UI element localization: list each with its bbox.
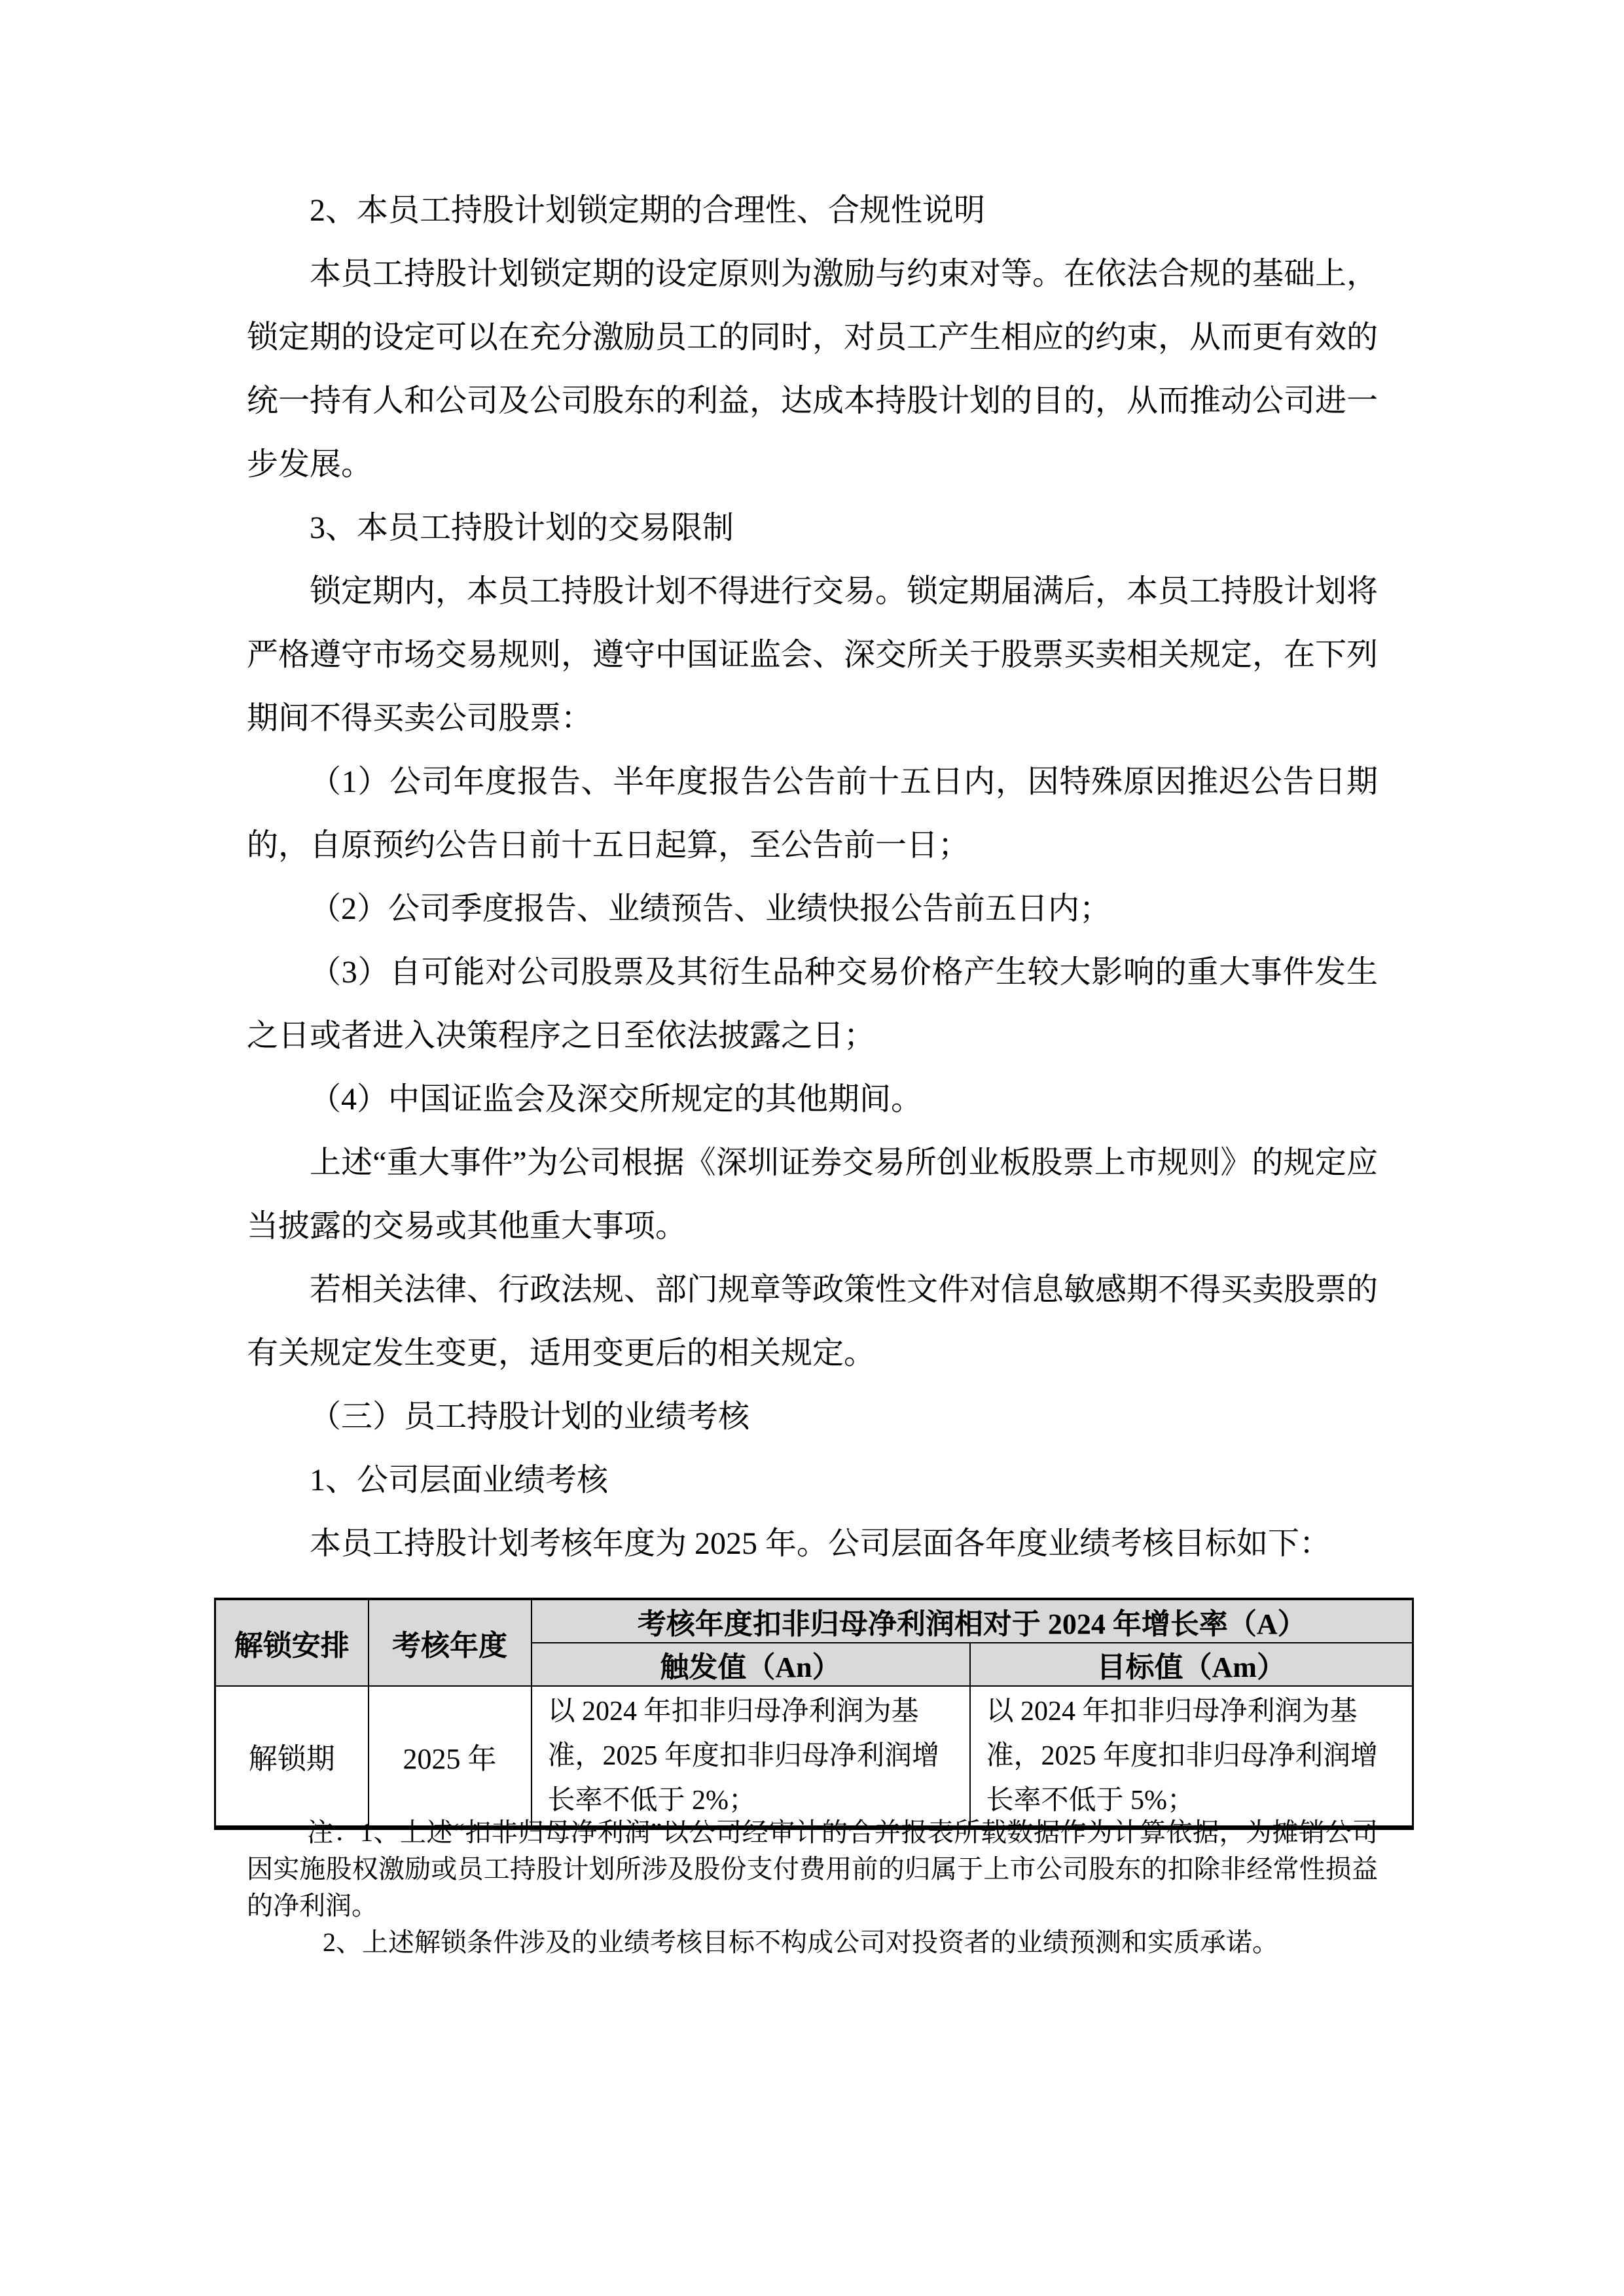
paragraph-major-events-definition: 上述“重大事件”为公司根据《深圳证券交易所创业板股票上市规则》的规定应当披露的交… [247,1131,1378,1258]
performance-table-container: 解锁安排 考核年度 考核年度扣非归母净利润相对于 2024 年增长率（A） 触发… [214,1598,1412,1830]
table-cell-year: 2025 年 [369,1686,532,1828]
heading-trading-restrictions: 3、本员工持股计划的交易限制 [247,496,1378,560]
heading-lockup-rationale: 2、本员工持股计划锁定期的合理性、合规性说明 [247,179,1378,242]
paragraph-assessment-intro: 本员工持股计划考核年度为 2025 年。公司层面各年度业绩考核目标如下： [247,1512,1378,1575]
paragraph-restriction-item-4: （4）中国证监会及深交所规定的其他期间。 [247,1067,1378,1131]
note-2: 2、上述解锁条件涉及的业绩考核目标不构成公司对投资者的业绩预测和实质承诺。 [247,1924,1378,1961]
paragraph-restriction-item-3: （3）自可能对公司股票及其衍生品种交易价格产生较大影响的重大事件发生之日或者进入… [247,941,1378,1067]
table-header-unlock-arrangement: 解锁安排 [215,1599,369,1686]
table-notes: 注：1、上述“扣非归母净利润”以公司经审计的合并报表所载数据作为计算依据，为摊销… [247,1814,1378,1961]
table-cell-target-condition: 以 2024 年扣非归母净利润为基准，2025 年度扣非归母净利润增长率不低于 … [970,1686,1413,1828]
note-1: 注：1、上述“扣非归母净利润”以公司经审计的合并报表所载数据作为计算依据，为摊销… [247,1814,1378,1924]
paragraph-lockup-rationale: 本员工持股计划锁定期的设定原则为激励与约束对等。在依法合规的基础上，锁定期的设定… [247,242,1378,496]
document-body: 2、本员工持股计划锁定期的合理性、合规性说明 本员工持股计划锁定期的设定原则为激… [247,179,1378,1575]
table-row: 解锁期 2025 年 以 2024 年扣非归母净利润为基准，2025 年度扣非归… [215,1686,1413,1828]
performance-table: 解锁安排 考核年度 考核年度扣非归母净利润相对于 2024 年增长率（A） 触发… [214,1598,1414,1830]
table-subheader-trigger-value: 触发值（An） [532,1643,970,1686]
heading-performance-assessment: （三）员工持股计划的业绩考核 [247,1385,1378,1448]
table-cell-trigger-condition: 以 2024 年扣非归母净利润为基准，2025 年度扣非归母净利润增长率不低于 … [532,1686,970,1828]
paragraph-regulation-change: 若相关法律、行政法规、部门规章等政策性文件对信息敏感期不得买卖股票的有关规定发生… [247,1258,1378,1385]
paragraph-restriction-item-2: （2）公司季度报告、业绩预告、业绩快报公告前五日内； [247,877,1378,941]
table-subheader-target-value: 目标值（Am） [970,1643,1413,1686]
paragraph-restriction-item-1: （1）公司年度报告、半年度报告公告前十五日内，因特殊原因推迟公告日期的，自原预约… [247,750,1378,877]
heading-company-level-assessment: 1、公司层面业绩考核 [247,1448,1378,1512]
table-cell-unlock-period: 解锁期 [215,1686,369,1828]
table-header-growth-rate: 考核年度扣非归母净利润相对于 2024 年增长率（A） [532,1599,1413,1643]
document-page: 2、本员工持股计划锁定期的合理性、合规性说明 本员工持股计划锁定期的设定原则为激… [0,0,1624,2296]
table-header-assessment-year: 考核年度 [369,1599,532,1686]
paragraph-trading-restrictions-intro: 锁定期内，本员工持股计划不得进行交易。锁定期届满后，本员工持股计划将严格遵守市场… [247,560,1378,750]
